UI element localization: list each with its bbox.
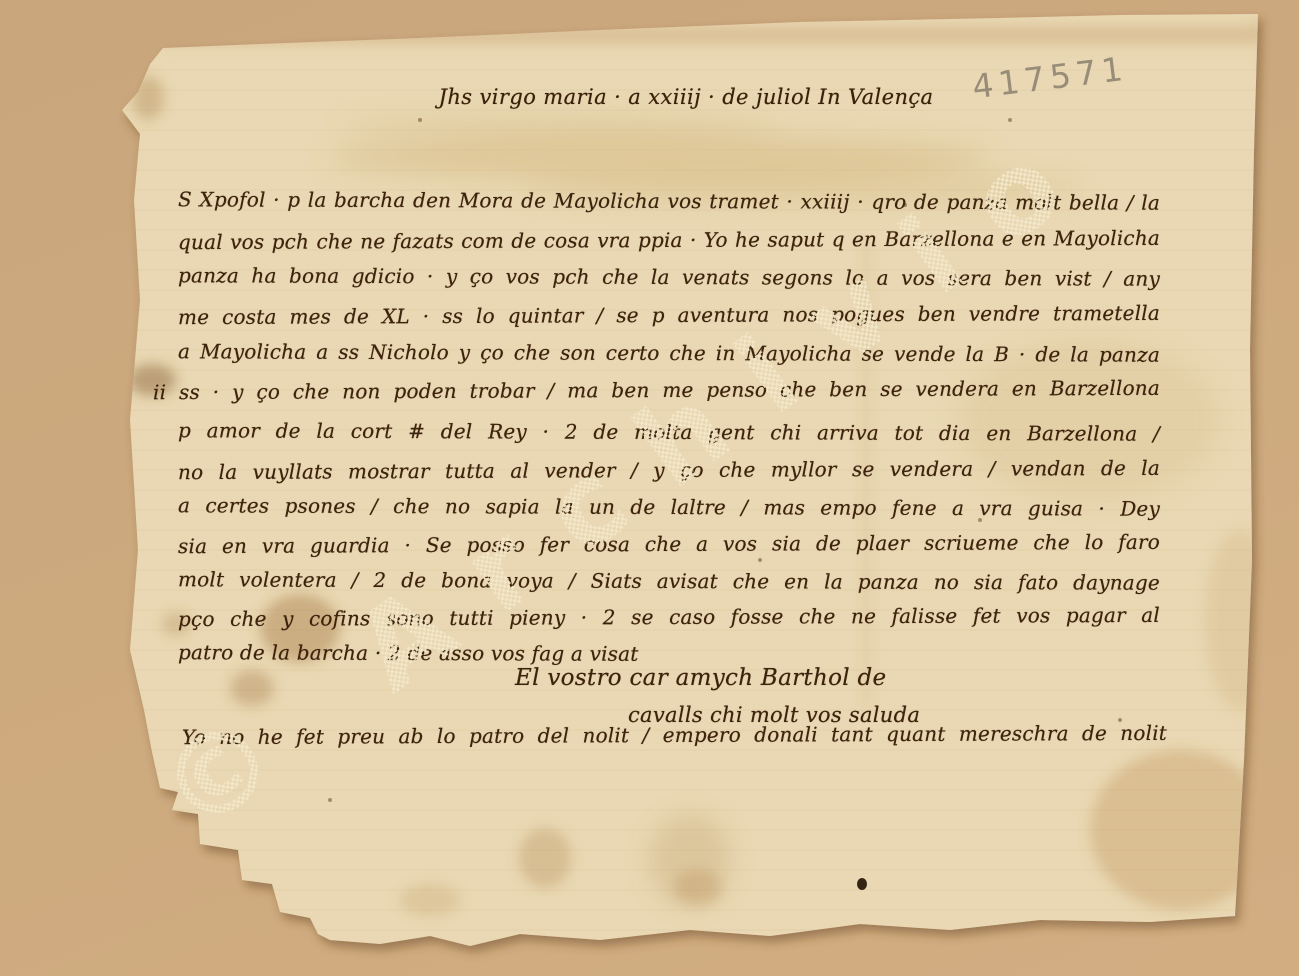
archive-number-pencil: 417571 xyxy=(970,51,1129,106)
manuscript-line: molt volentera / 2 de bona voya / Siats … xyxy=(178,566,1160,595)
letter-text-layer: Jhs virgo maria · a xxiiij · de juliol I… xyxy=(0,0,1299,976)
letter-heading: Jhs virgo maria · a xxiiij · de juliol I… xyxy=(382,84,990,110)
manuscript-line: me costa mes de XL · ss lo quintar / se … xyxy=(178,300,1160,330)
signature-line: El vostro car amych Barthol de xyxy=(515,665,886,691)
manuscript-line: patro de la barcha · 2 de asso vos fag a… xyxy=(178,639,639,667)
manuscript-line: pço che y cofins sono tutti pieny · 2 se… xyxy=(178,602,1160,632)
manuscript-photo: Jhs virgo maria · a xxiiij · de juliol I… xyxy=(0,0,1299,976)
manuscript-line: sia en vra guardia · Se posso fer cosa c… xyxy=(178,529,1160,559)
manuscript-line: qual vos pch che ne fazats com de cosa v… xyxy=(178,225,1160,255)
manuscript-line: a Mayolicha a ss Nicholo y ço che son ce… xyxy=(178,338,1160,367)
manuscript-line: p amor de la cort # del Rey · 2 de molta… xyxy=(178,417,1160,446)
manuscript-line: panza ha bona gdicio · y ço vos pch che … xyxy=(178,262,1160,291)
postscript-line: Yo no he fet preu ab lo patro del nolit … xyxy=(182,720,1167,750)
manuscript-line: a certes psones / che no sapia la un de … xyxy=(178,492,1160,521)
manuscript-line: ii ss · y ço che non poden trobar / ma b… xyxy=(153,375,1160,405)
manuscript-line: no la vuyllats mostrar tutta al vender /… xyxy=(178,455,1160,485)
manuscript-line: S Xpofol · p la barcha den Mora de Mayol… xyxy=(178,186,1160,215)
